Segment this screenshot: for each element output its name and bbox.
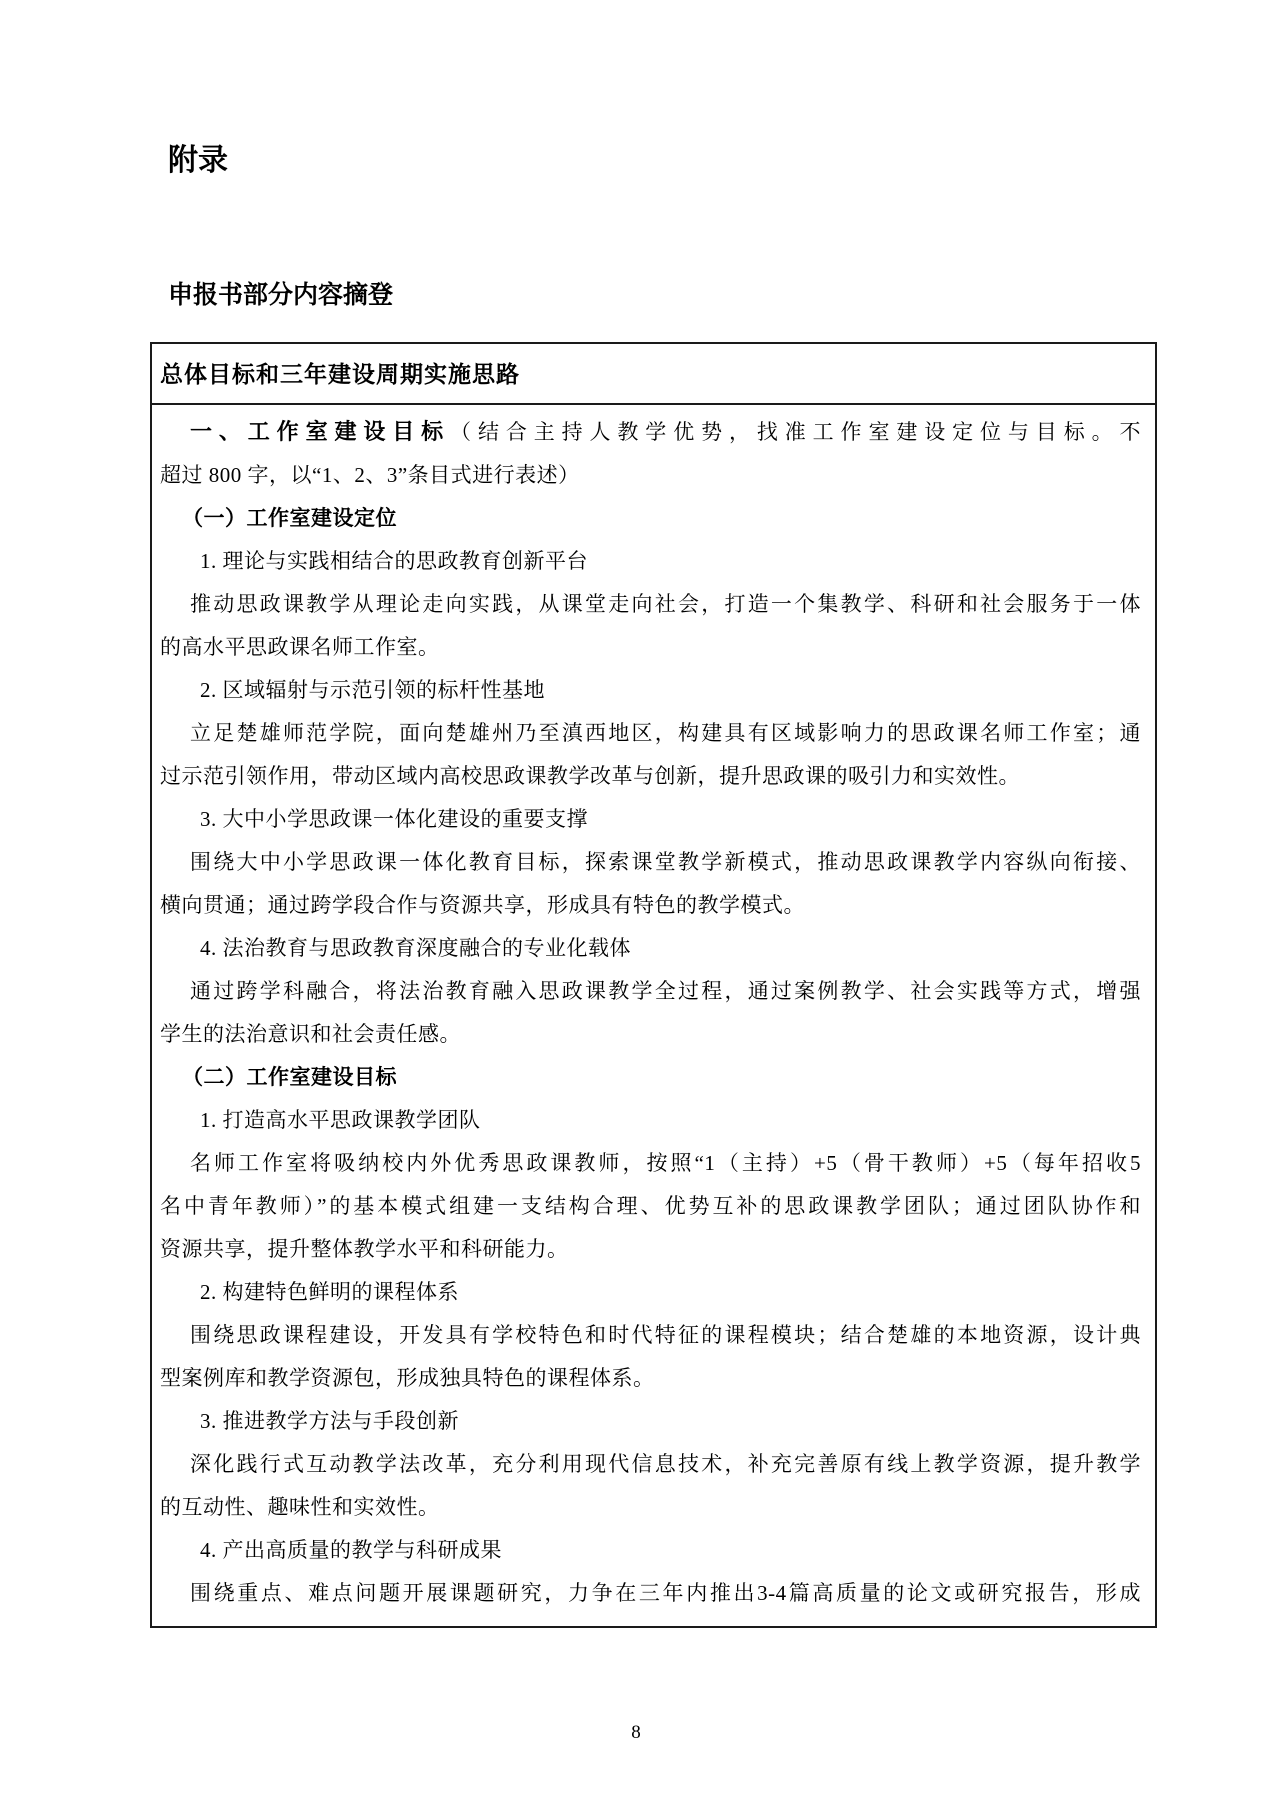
text-line: 2. 构建特色鲜明的课程体系 — [160, 1271, 1141, 1314]
text-line: 2. 区域辐射与示范引领的标杆性基地 — [160, 669, 1141, 712]
text-line: 围绕思政课程建设，开发具有学校特色和时代特征的课程模块；结合楚雄的本地资源，设计… — [160, 1314, 1141, 1357]
text-line: 4. 法治教育与思政教育深度融合的专业化载体 — [160, 927, 1141, 970]
text-line: 围绕重点、难点问题开展课题研究，力争在三年内推出3-4篇高质量的论文或研究报告，… — [160, 1572, 1141, 1615]
text-line: 学生的法治意识和社会责任感。 — [160, 1013, 1141, 1056]
text-line: 3. 推进教学方法与手段创新 — [160, 1400, 1141, 1443]
content-table: 总体目标和三年建设周期实施思路 一、工作室建设目标（结合主持人教学优势，找准工作… — [150, 342, 1157, 1628]
text-line: 过示范引领作用，带动区域内高校思政课教学改革与创新，提升思政课的吸引力和实效性。 — [160, 755, 1141, 798]
excerpt-heading: 申报书部分内容摘登 — [168, 280, 393, 310]
text-line: 4. 产出高质量的教学与科研成果 — [160, 1529, 1141, 1572]
text-line: 一、工作室建设目标（结合主持人教学优势，找准工作室建设定位与目标。不 — [160, 410, 1141, 454]
appendix-heading: 附录 — [168, 143, 228, 179]
text-line: 的高水平思政课名师工作室。 — [160, 626, 1141, 669]
text-line: 名师工作室将吸纳校内外优秀思政课教师，按照“1（主持）+5（骨干教师）+5（每年… — [160, 1142, 1141, 1185]
line-text-segment: （结合主持人教学优势，找准工作室建设定位与目标。不 — [450, 420, 1141, 444]
text-line: 超过 800 字，以“1、2、3”条目式进行表述） — [160, 454, 1141, 497]
text-line: 深化践行式互动教学法改革，充分利用现代信息技术，补充完善原有线上教学资源，提升教… — [160, 1443, 1141, 1486]
document-page: 附录 申报书部分内容摘登 总体目标和三年建设周期实施思路 一、工作室建设目标（结… — [0, 0, 1272, 1800]
text-line: 横向贯通；通过跨学段合作与资源共享，形成具有特色的教学模式。 — [160, 884, 1141, 927]
page-number: 8 — [0, 1722, 1272, 1744]
text-line: 资源共享，提升整体教学水平和科研能力。 — [160, 1228, 1141, 1271]
text-line: （二）工作室建设目标 — [160, 1056, 1141, 1099]
text-line: 名中青年教师）”的基本模式组建一支结构合理、优势互补的思政课教学团队；通过团队协… — [160, 1185, 1141, 1228]
text-line: （一）工作室建设定位 — [160, 497, 1141, 540]
text-line: 1. 理论与实践相结合的思政教育创新平台 — [160, 540, 1141, 583]
text-line: 通过跨学科融合，将法治教育融入思政课教学全过程，通过案例教学、社会实践等方式，增… — [160, 970, 1141, 1013]
text-line: 推动思政课教学从理论走向实践，从课堂走向社会，打造一个集教学、科研和社会服务于一… — [160, 583, 1141, 626]
text-line: 3. 大中小学思政课一体化建设的重要支撑 — [160, 798, 1141, 841]
line-heading-segment: 一、工作室建设目标 — [190, 419, 450, 444]
table-title: 总体目标和三年建设周期实施思路 — [152, 344, 1155, 405]
text-line: 的互动性、趣味性和实效性。 — [160, 1486, 1141, 1529]
text-line: 立足楚雄师范学院，面向楚雄州乃至滇西地区，构建具有区域影响力的思政课名师工作室；… — [160, 712, 1141, 755]
text-line: 型案例库和教学资源包，形成独具特色的课程体系。 — [160, 1357, 1141, 1400]
text-line: 1. 打造高水平思政课教学团队 — [160, 1099, 1141, 1142]
table-body: 一、工作室建设目标（结合主持人教学优势，找准工作室建设定位与目标。不超过 800… — [152, 405, 1155, 1615]
text-line: 围绕大中小学思政课一体化教育目标，探索课堂教学新模式，推动思政课教学内容纵向衔接… — [160, 841, 1141, 884]
